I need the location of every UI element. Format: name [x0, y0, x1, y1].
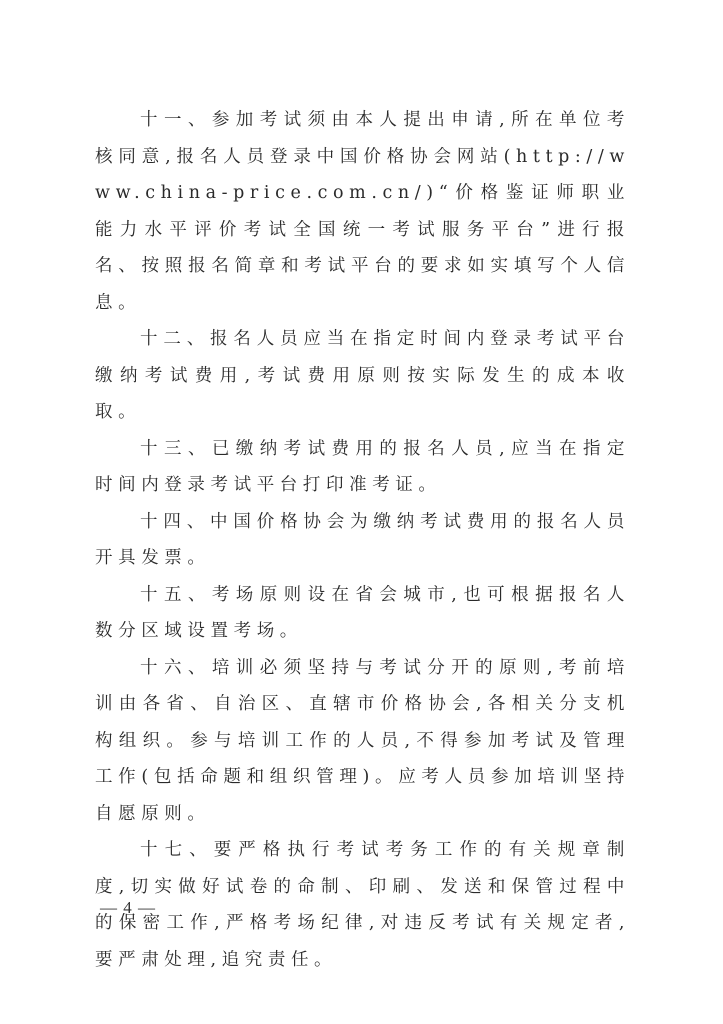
- paragraph-11: 十一、参加考试须由本人提出申请,所在单位考核同意,报名人员登录中国价格协会网站(…: [95, 102, 630, 321]
- paragraph-12: 十二、报名人员应当在指定时间内登录考试平台缴纳考试费用,考试费用原则按实际发生的…: [95, 321, 630, 431]
- page-number: — 4 —: [100, 898, 156, 918]
- paragraph-17: 十七、要严格执行考试考务工作的有关规章制度,切实做好试卷的命制、印刷、发送和保管…: [95, 832, 630, 978]
- paragraph-14: 十四、中国价格协会为缴纳考试费用的报名人员开具发票。: [95, 504, 630, 577]
- paragraph-15: 十五、考场原则设在省会城市,也可根据报名人数分区域设置考场。: [95, 577, 630, 650]
- paragraph-13: 十三、已缴纳考试费用的报名人员,应当在指定时间内登录考试平台打印准考证。: [95, 431, 630, 504]
- paragraph-16: 十六、培训必须坚持与考试分开的原则,考前培训由各省、自治区、直辖市价格协会,各相…: [95, 650, 630, 833]
- document-body: 十一、参加考试须由本人提出申请,所在单位考核同意,报名人员登录中国价格协会网站(…: [95, 102, 630, 978]
